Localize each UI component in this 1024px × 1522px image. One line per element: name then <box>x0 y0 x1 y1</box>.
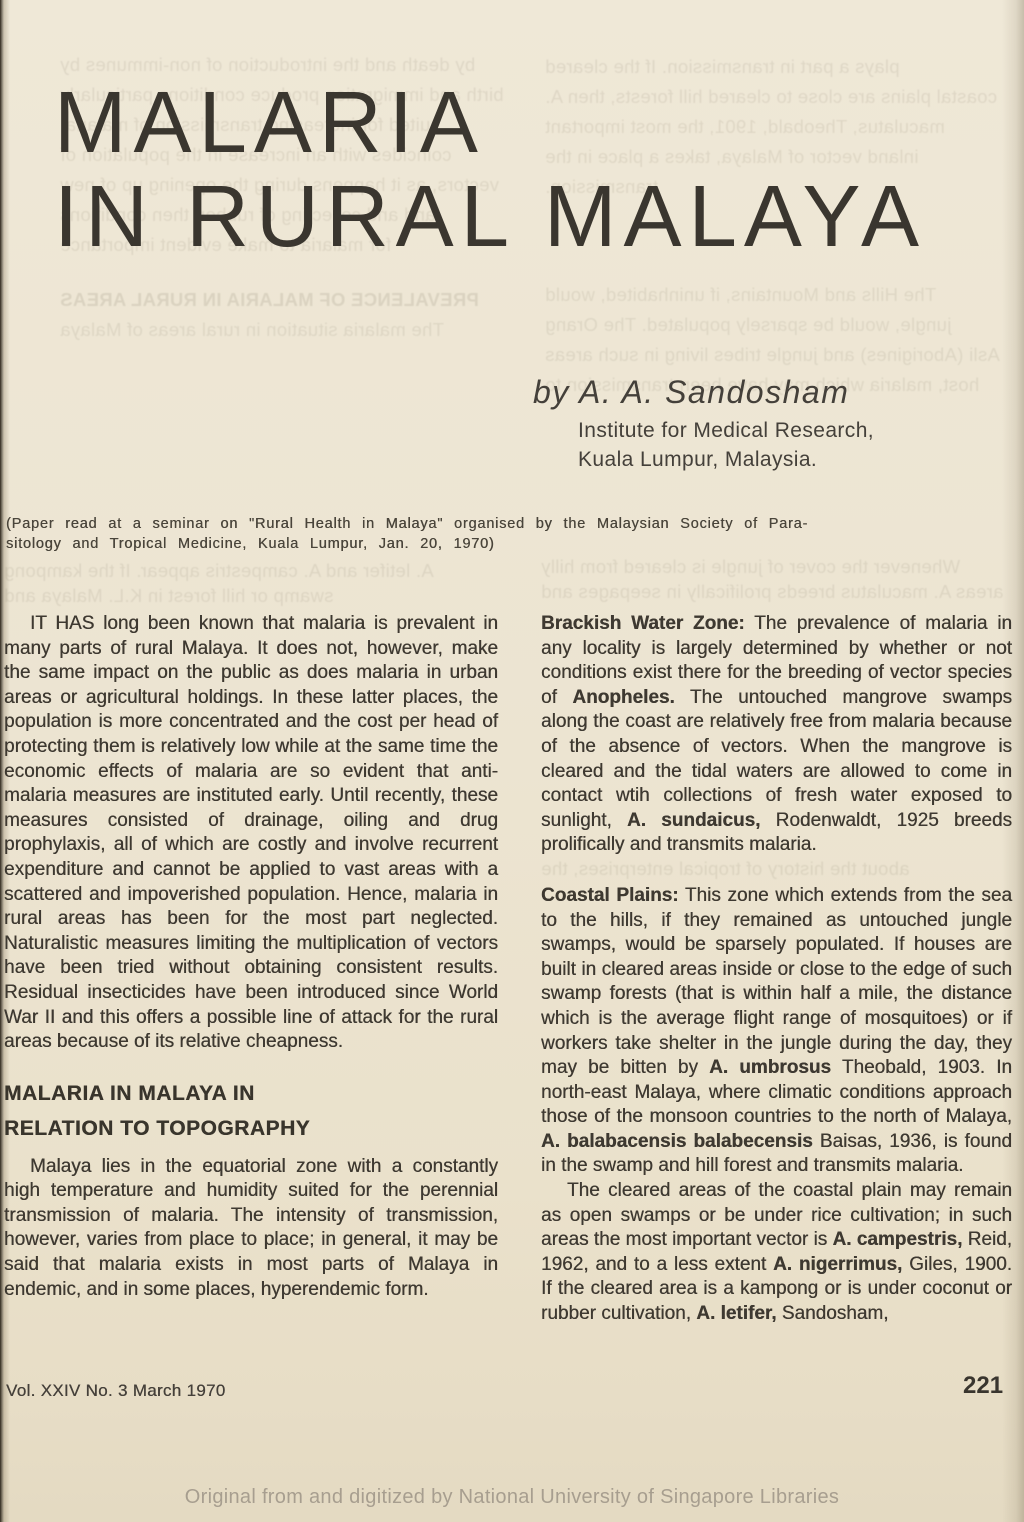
bleedthrough-text: A. letifer and A. campestris appear. If … <box>4 560 434 582</box>
bleedthrough-text: swamp or hill forest in K.L. Malaya and <box>4 585 333 607</box>
body-text: Sandosham, <box>777 1303 889 1324</box>
article-title: MALARIAIN RURAL MALAYA <box>54 76 926 264</box>
page-number: 221 <box>963 1372 1003 1400</box>
emphasis-text: Brackish Water Zone: <box>541 613 745 634</box>
byline: by A. A. Sandosham <box>533 374 849 411</box>
bleedthrough-text: Whenever the cover of jungle is cleared … <box>541 556 960 578</box>
emphasis-text: A. nigerrimus, <box>773 1254 902 1275</box>
left-column: IT HAS long been known that malaria is p… <box>4 612 498 1302</box>
paragraph-cleared-areas: The cleared areas of the coastal plain m… <box>541 1179 1012 1327</box>
paragraph-coastal-plains: Coastal Plains: This zone which extends … <box>541 884 1012 1179</box>
emphasis-text: A. sundaicus, <box>627 810 760 831</box>
footnote-line1: (Paper read at a seminar on "Rural Healt… <box>6 514 808 534</box>
emphasis-text: A. letifer, <box>696 1303 776 1324</box>
journal-volume: Vol. XXIV No. 3 March 1970 <box>6 1381 225 1401</box>
bleedthrough-text: jungle, would be sparsely populated. The… <box>545 314 951 336</box>
bleedthrough-text: The malaria situation in rural areas of … <box>60 319 444 341</box>
emphasis-text: A. campestris, <box>832 1229 962 1250</box>
body-text: This zone which extends from the sea to … <box>541 885 1012 1078</box>
bleedthrough-text: The Hills and Mountains, if uninhabited,… <box>545 284 936 306</box>
digitization-watermark: Original from and digitized by National … <box>0 1486 1024 1509</box>
bleedthrough-text: plays a part in transmission. If the cle… <box>545 56 900 78</box>
scanned-page: by death and the introduction of non-imm… <box>0 0 1024 1522</box>
bleedthrough-text: by death and the introduction of non-imm… <box>60 54 475 76</box>
bleedthrough-text: Asli (Aborigines) and jungle tribes livi… <box>545 344 1000 366</box>
emphasis-text: Anopheles. <box>572 687 674 708</box>
section-heading-topography: MALARIA IN MALAYA INRELATION TO TOPOGRAP… <box>4 1076 498 1146</box>
footnote-line2: sitology and Tropical Medicine, Kuala Lu… <box>6 534 808 554</box>
article-title-line2: IN RURAL MALAYA <box>54 170 926 264</box>
emphasis-text: Coastal Plains: <box>541 885 679 906</box>
bleedthrough-text: PREVALENCE OF MALARIA IN RURAL AREAS <box>60 289 479 311</box>
section-heading-line1: MALARIA IN MALAYA IN <box>4 1082 255 1105</box>
paragraph-brackish-water-zone: Brackish Water Zone: The prevalence of m… <box>541 612 1012 858</box>
affiliation-line1: Institute for Medical Research, <box>578 416 874 445</box>
emphasis-text: A. balabacensis balabecensis <box>541 1131 813 1152</box>
seminar-footnote: (Paper read at a seminar on "Rural Healt… <box>6 514 808 554</box>
right-column: Brackish Water Zone: The prevalence of m… <box>541 612 1012 1327</box>
body-text: IT HAS long been known that malaria is p… <box>4 613 498 1052</box>
bleedthrough-text: areas A. maculatus breeds prolifically i… <box>541 581 1004 603</box>
body-text: Malaya lies in the equatorial zone with … <box>4 1156 498 1300</box>
affiliation: Institute for Medical Research, Kuala Lu… <box>578 416 874 474</box>
section-heading-line2: RELATION TO TOPOGRAPHY <box>4 1117 310 1140</box>
article-title-line1: MALARIA <box>54 76 926 170</box>
paragraph-topography: Malaya lies in the equatorial zone with … <box>4 1155 498 1303</box>
paragraph-intro: IT HAS long been known that malaria is p… <box>4 612 498 1055</box>
emphasis-text: A. umbrosus <box>709 1057 831 1078</box>
affiliation-line2: Kuala Lumpur, Malaysia. <box>578 445 874 474</box>
